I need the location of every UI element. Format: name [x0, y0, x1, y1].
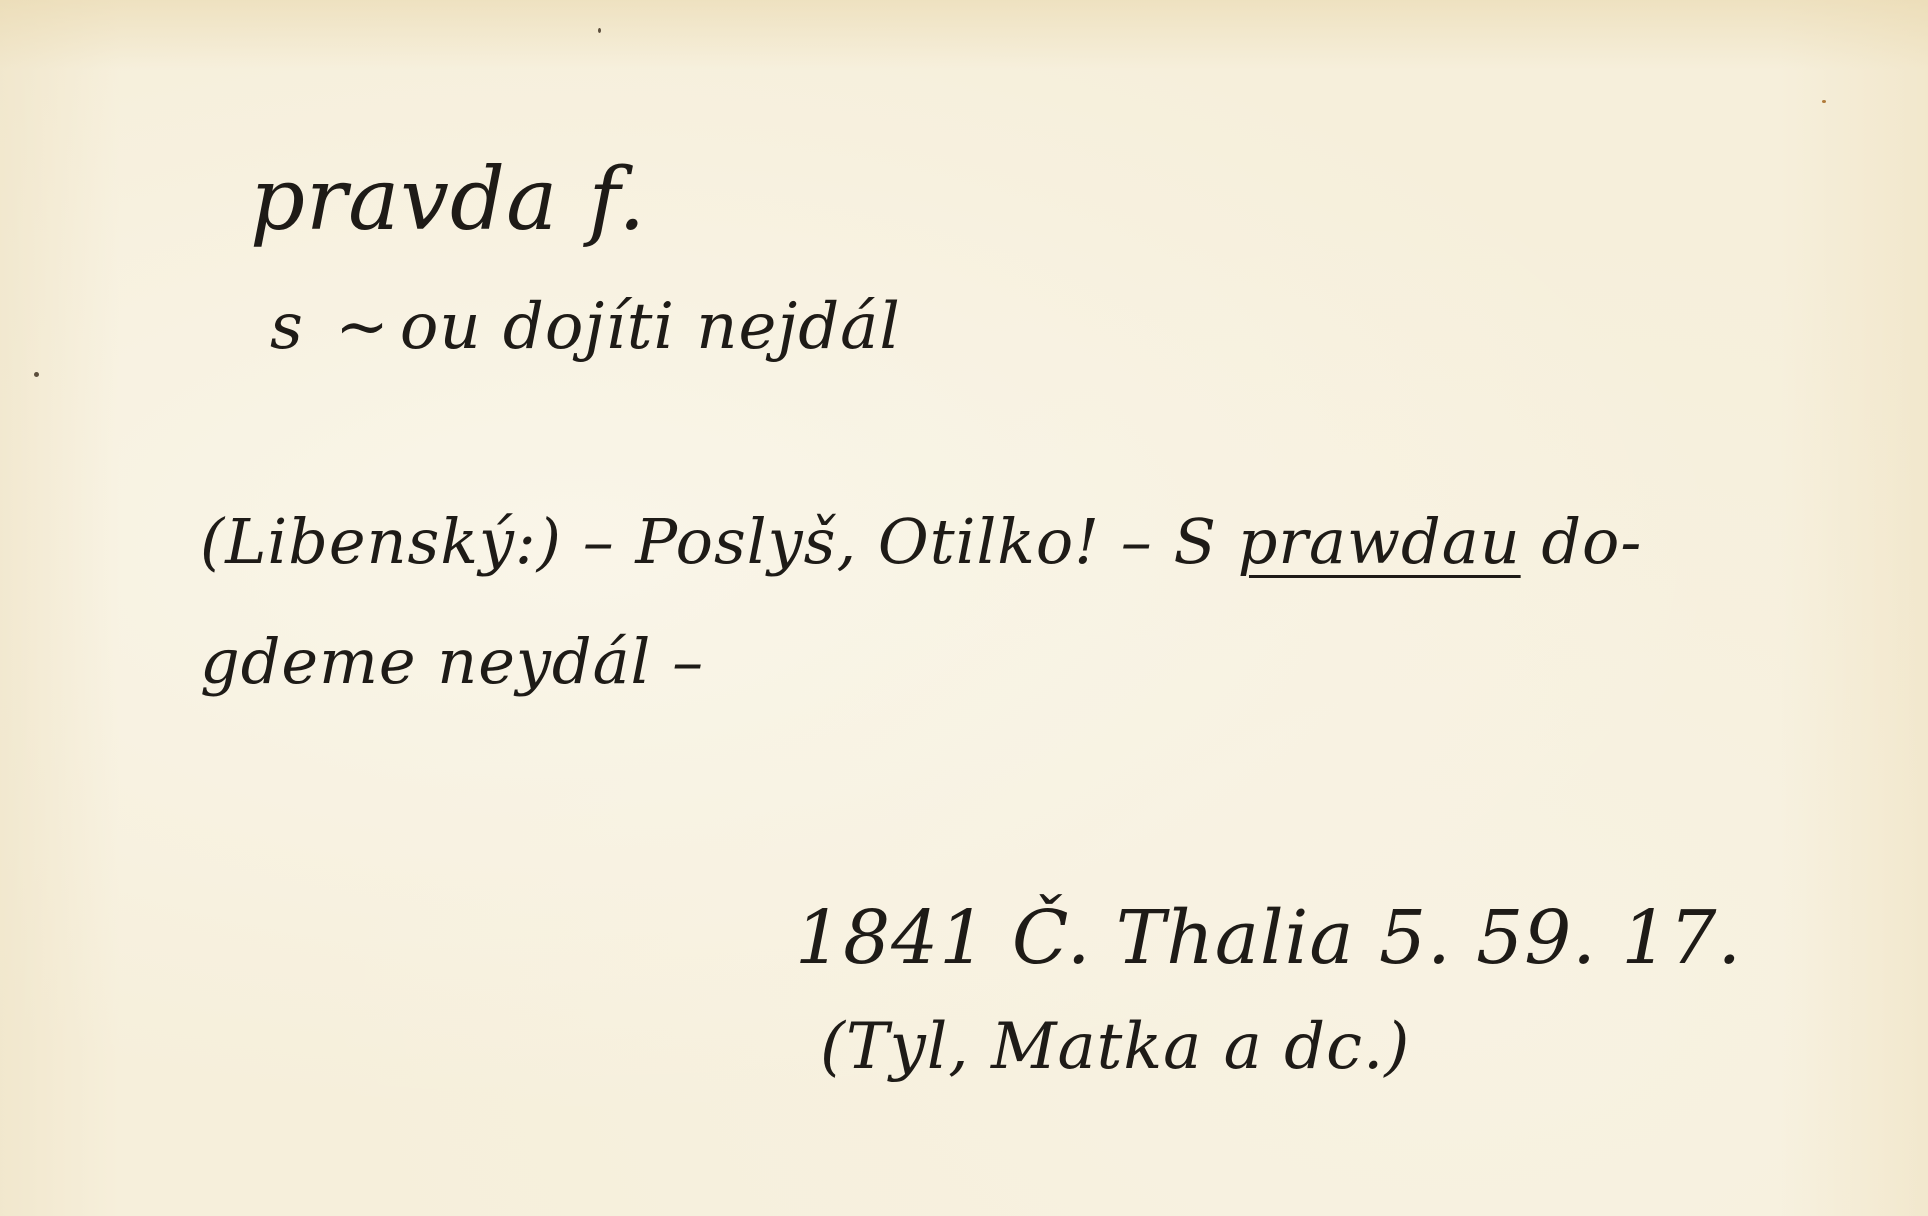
- phrase-preposition: s: [270, 290, 304, 364]
- paper-speck: [598, 28, 601, 33]
- quotation-line-1: (Libenský:) – Poslyš, Otilko! – S prawda…: [200, 505, 1642, 578]
- grammar-label: f.: [588, 150, 646, 250]
- paper-speck: [1822, 100, 1826, 103]
- quotation-text-before: – Poslyš, Otilko! – S: [583, 505, 1217, 578]
- quotation-line-2: gdeme neydál –: [200, 625, 704, 698]
- tilde-symbol: ~: [335, 290, 390, 364]
- quotation-speaker: (Libenský:): [200, 505, 562, 578]
- quotation-underlined-word: prawdau: [1238, 505, 1521, 578]
- headword-line: pravdaf.: [250, 150, 646, 250]
- phrase-ending: ou: [400, 290, 482, 364]
- paper-speck: [34, 372, 39, 377]
- phrase-line: s ~ou dojíti nejdál: [270, 290, 901, 364]
- quotation-text-after: do-: [1541, 505, 1642, 578]
- source-citation: 1841 Č. Thalia 5. 59. 17.: [795, 895, 1742, 981]
- dictionary-slip: pravdaf. s ~ou dojíti nejdál (Libenský:)…: [0, 0, 1928, 1216]
- headword: pravda: [250, 150, 558, 250]
- source-author-work: (Tyl, Matka a dc.): [820, 1010, 1410, 1084]
- phrase-rest: dojíti nejdál: [503, 290, 901, 364]
